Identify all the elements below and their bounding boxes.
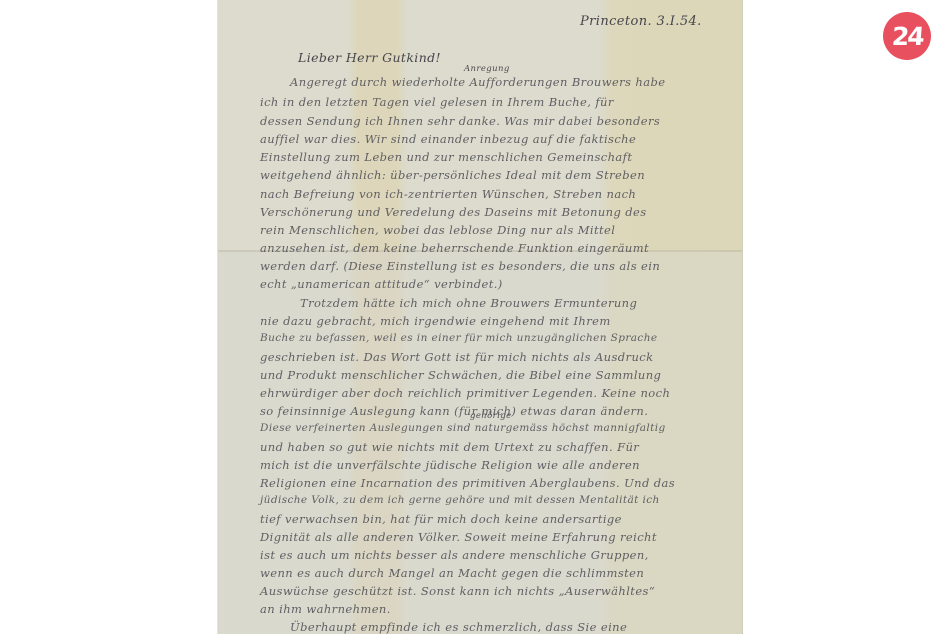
- letter-line: Religionen eine Incarnation des primitiv…: [260, 476, 675, 490]
- letter-line: mich ist die unverfälschte jüdische Reli…: [260, 458, 640, 472]
- letter-line: Überhaupt empfinde ich es schmerzlich, d…: [290, 620, 627, 634]
- letter-line: werden darf. (Diese Einstellung ist es b…: [260, 259, 660, 273]
- letter-line: dessen Sendung ich Ihnen sehr danke. Was…: [260, 114, 660, 128]
- letter-line: jüdische Volk, zu dem ich gerne gehöre u…: [260, 494, 660, 506]
- letter-salutation: Lieber Herr Gutkind!: [298, 50, 441, 65]
- letter-line: Einstellung zum Leben und zur menschlich…: [260, 150, 632, 164]
- letter-line: Diese verfeinerten Auslegungen sind natu…: [260, 422, 666, 434]
- letter-line: so feinsinnige Auslegung kann (für mich)…: [260, 404, 648, 418]
- letter-line: Verschönerung und Veredelung des Daseins…: [260, 205, 647, 219]
- letter-line: ehrwürdiger aber doch reichlich primitiv…: [260, 386, 670, 400]
- letter-line: weitgehend ähnlich: über-persönliches Id…: [260, 168, 645, 182]
- site-logo-24[interactable]: 24: [883, 12, 931, 60]
- letter-line: Trotzdem hätte ich mich ohne Brouwers Er…: [300, 296, 637, 310]
- logo-text: 24: [891, 24, 924, 49]
- image-viewer: Princeton. 3.I.54. Lieber Herr Gutkind! …: [0, 0, 950, 634]
- letter-line: an ihm wahrnehmen.: [260, 602, 391, 616]
- letter-line: Angeregt durch wiederholte Aufforderunge…: [290, 75, 690, 89]
- letter-line: nie dazu gebracht, mich irgendwie eingeh…: [260, 314, 611, 328]
- letter-line: echt „unamerican attitude“ verbindet.): [260, 277, 503, 291]
- letter-line: wenn es auch durch Mangel an Macht gegen…: [260, 566, 644, 580]
- letter-line: Auswüchse geschützt ist. Sonst kann ich …: [260, 584, 655, 598]
- letter-line: ich in den letzten Tagen viel gelesen in…: [260, 95, 614, 109]
- letter-line: Buche zu befassen, weil es in einer für …: [260, 332, 657, 344]
- letter-line: und haben so gut wie nichts mit dem Urte…: [260, 440, 639, 454]
- letter-date: Princeton. 3.I.54.: [580, 14, 702, 29]
- letter-paper: Princeton. 3.I.54. Lieber Herr Gutkind! …: [218, 0, 742, 634]
- letter-line: anzusehen ist, dem keine beherrschende F…: [260, 241, 649, 255]
- letter-line: ist es auch um nichts besser als andere …: [260, 548, 649, 562]
- letter-line: und Produkt menschlicher Schwächen, die …: [260, 368, 661, 382]
- handwritten-letter: Princeton. 3.I.54. Lieber Herr Gutkind! …: [218, 0, 742, 634]
- letter-line: nach Befreiung von ich-zentrierten Wünsc…: [260, 187, 636, 201]
- letter-line: geschrieben ist. Das Wort Gott ist für m…: [260, 350, 653, 364]
- interlinear-note: Anregung: [464, 64, 510, 74]
- letter-line: tief verwachsen bin, hat für mich doch k…: [260, 512, 622, 526]
- letter-line: Dignität als alle anderen Völker. Soweit…: [260, 530, 657, 544]
- letter-line: auffiel war dies. Wir sind einander inbe…: [260, 132, 636, 146]
- letter-line: rein Menschlichen, wobei das leblose Din…: [260, 223, 615, 237]
